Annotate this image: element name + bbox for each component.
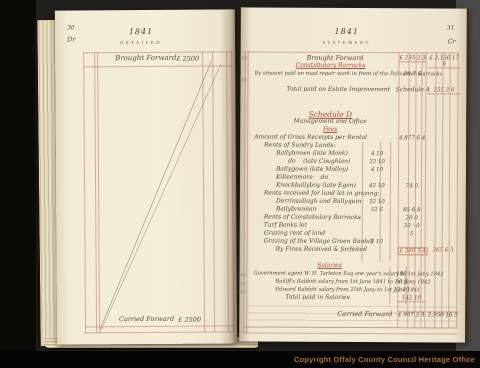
ledger-amount-a: 22 10 bbox=[362, 159, 392, 165]
rule-line bbox=[226, 51, 229, 332]
margin-number: 104 bbox=[237, 273, 246, 278]
ledger-row-label: Ballygown (late Molloy) bbox=[276, 166, 348, 173]
left-year-heading: 1841 bbox=[95, 27, 187, 37]
ledger-row-label: do (late Coughlan) bbox=[288, 158, 350, 165]
ledger-row-label: Amount of Gross Receipts per Rental bbox=[254, 133, 367, 141]
rule-line bbox=[389, 266, 390, 304]
ledger-row-label: Grazing rent of land bbox=[264, 230, 326, 237]
left-brought-forward-amount: £ 2500 bbox=[151, 55, 199, 63]
ledger-row: Carried Forward£ 907 2 32,950 16 3 bbox=[249, 309, 459, 318]
ledger-amount-a: 30 0 bbox=[389, 279, 413, 285]
ledger-row-label: Total paid in Salaries bbox=[285, 294, 349, 301]
left-side-marker: Dr bbox=[67, 35, 75, 43]
margin-number: 106 bbox=[237, 290, 246, 295]
left-carried-forward-amount: £ 2500 bbox=[153, 316, 201, 324]
ledger-amount-a: 52 6 bbox=[362, 207, 392, 213]
ledger-row-label: Knockballyboy (late Egan) bbox=[276, 182, 356, 189]
ledger-amount-c: 2,950 16 3 bbox=[426, 311, 459, 318]
rule-line bbox=[405, 266, 406, 304]
left-page: 30 Dr 1841 DETAILED Brought Forward £ 25… bbox=[55, 9, 237, 344]
right-year-heading: 1841 bbox=[297, 27, 397, 37]
rule-line bbox=[202, 52, 205, 333]
rule-line bbox=[243, 332, 457, 334]
rule-line bbox=[231, 51, 234, 332]
ledger-amount-a: 12 10 bbox=[389, 287, 413, 293]
ledger-row-label: Rents of Sundry Lands: bbox=[264, 142, 335, 149]
rule-line bbox=[83, 52, 86, 333]
left-page-number: 30 bbox=[67, 24, 75, 31]
ledger-row-label: Salaries bbox=[270, 262, 390, 270]
background-left-shadow bbox=[0, 0, 36, 368]
ledger-row-label: Fees bbox=[270, 126, 390, 134]
ledger-row-label: Management and Office bbox=[270, 118, 390, 126]
ledger-row-label: Derrinsallagh and Ballyquin bbox=[276, 198, 362, 205]
ledger-amount-a: 1 10 bbox=[362, 239, 392, 245]
rule-line bbox=[97, 52, 100, 333]
right-page-number: 31 bbox=[447, 24, 455, 31]
ledger-row-label: Turf Banks let bbox=[264, 222, 307, 229]
ledger-amount-c: 265 6 3 bbox=[427, 247, 460, 253]
right-section-label: STATEMENT bbox=[297, 40, 397, 46]
right-page: 1841 STATEMENT 31 Cr 102103104105106 Bro… bbox=[239, 7, 469, 342]
ledger-amount-a: 4 10 bbox=[362, 151, 392, 157]
ledger-row-label: Rents of Constabulary Barracks bbox=[264, 214, 361, 222]
rule-line bbox=[212, 52, 215, 333]
rule-line bbox=[83, 65, 232, 67]
ledger-amount-a: 32 10 bbox=[362, 199, 392, 205]
ledger-amount-a: 4 10 bbox=[362, 167, 392, 173]
margin-number: 105 bbox=[237, 282, 246, 287]
ledger-amount-a: 42 10 bbox=[362, 183, 392, 189]
right-side-marker: Cr bbox=[448, 37, 456, 45]
ledger-row-label: By Fines Received & forfeited bbox=[276, 246, 367, 253]
right-rows: Brought Forward£ 235 2 3£ 2,150 17 6Cons… bbox=[249, 53, 460, 318]
ledger-amount-a: 100 bbox=[389, 271, 413, 277]
ledger-book: 30 Dr 1841 DETAILED Brought Forward £ 25… bbox=[34, 6, 466, 348]
copyright-bar: Copyright Offaly County Council Heritage… bbox=[0, 351, 480, 368]
scanned-ledger-photo: 30 Dr 1841 DETAILED Brought Forward £ 25… bbox=[0, 0, 480, 368]
margin-number: 103 bbox=[238, 78, 247, 83]
ledger-row-label: Ballybrennan bbox=[276, 206, 317, 213]
ledger-row-label: Constabulary Barracks bbox=[271, 62, 391, 70]
ledger-row-label: Grazing of the Village Green Banbill bbox=[264, 238, 374, 246]
left-section-label: DETAILED bbox=[95, 40, 187, 46]
ledger-row-label: Killeenmore do bbox=[276, 174, 328, 181]
margin-number: 102 bbox=[239, 56, 248, 61]
rule-line bbox=[85, 325, 234, 327]
ledger-row-label: Ballybrown (late Monk) bbox=[276, 150, 348, 157]
rule-line bbox=[85, 331, 234, 333]
ledger-row-label: Carried Forward bbox=[337, 310, 392, 318]
copyright-text: Copyright Offaly County Council Heritage… bbox=[294, 355, 475, 364]
